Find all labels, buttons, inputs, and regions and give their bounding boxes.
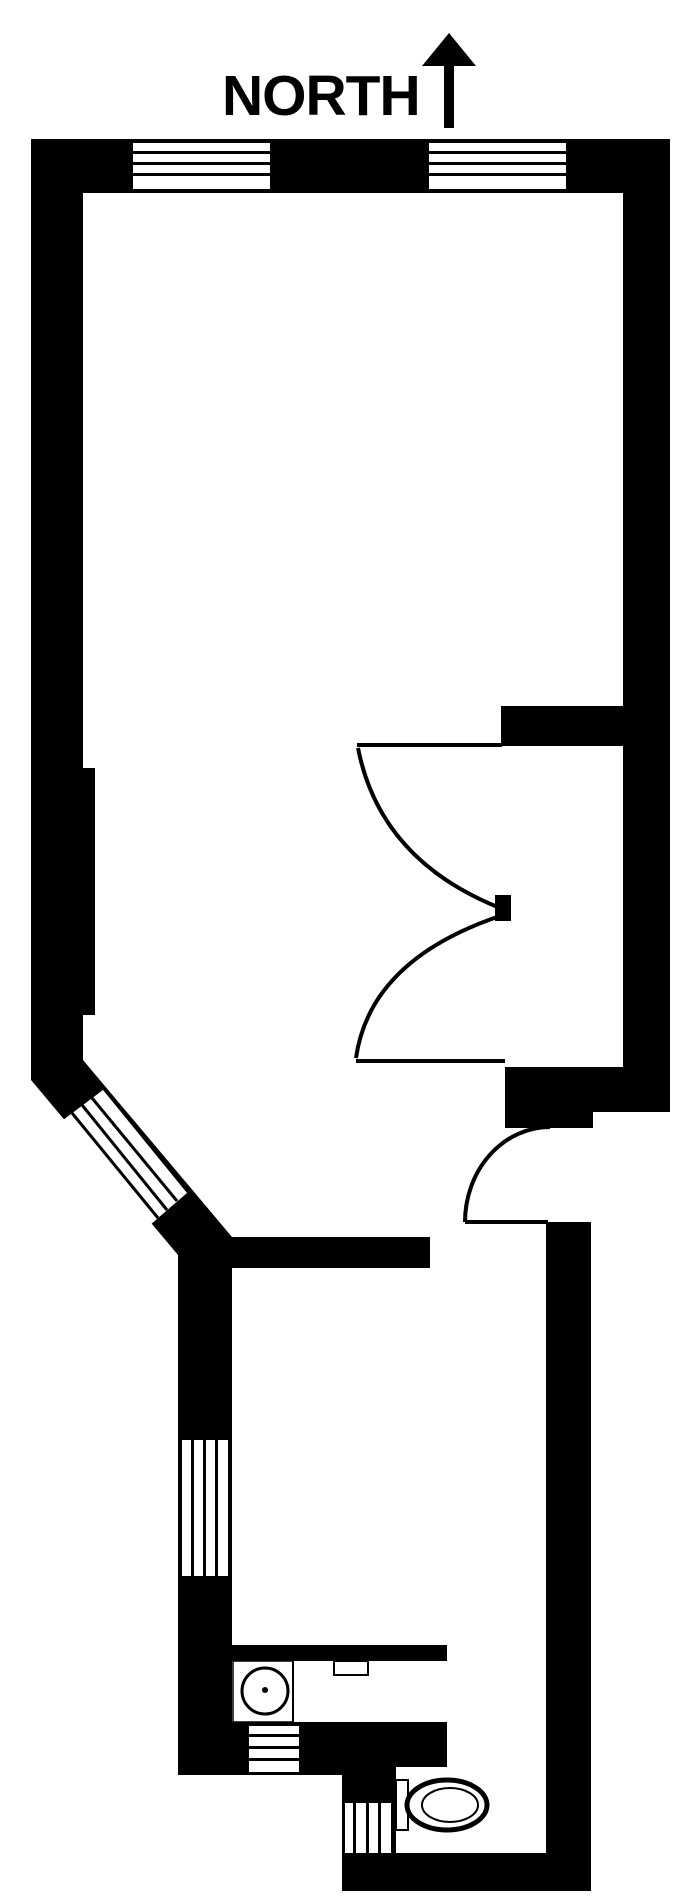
sink-icon: [233, 1661, 293, 1722]
closet-door-upper[interactable]: [357, 745, 502, 908]
west-window-lower: [182, 1440, 228, 1576]
north-window-west: [133, 143, 270, 189]
wall-west-thick: [31, 768, 95, 1015]
closet-wall-bottom: [505, 1067, 670, 1112]
walls: [31, 139, 670, 1891]
wall-east: [623, 139, 670, 1112]
north-arrow-icon: [422, 33, 476, 128]
bathroom-window-toilet: [345, 1803, 391, 1853]
toilet-icon: [396, 1780, 487, 1830]
wall-east-lower: [546, 1222, 591, 1891]
bathroom-window-sink: [249, 1726, 299, 1772]
north-window-east: [429, 143, 566, 189]
wall-partition: [225, 1237, 430, 1268]
wall-bathroom-top: [231, 1645, 447, 1661]
entry-door[interactable]: [465, 1127, 550, 1222]
counter-item: [334, 1661, 368, 1675]
floor-plan: [0, 0, 691, 1896]
wall-north: [31, 139, 670, 193]
closet-door-lower[interactable]: [356, 916, 505, 1061]
closet-wall-top: [501, 706, 623, 746]
closet-door-post: [495, 895, 511, 921]
